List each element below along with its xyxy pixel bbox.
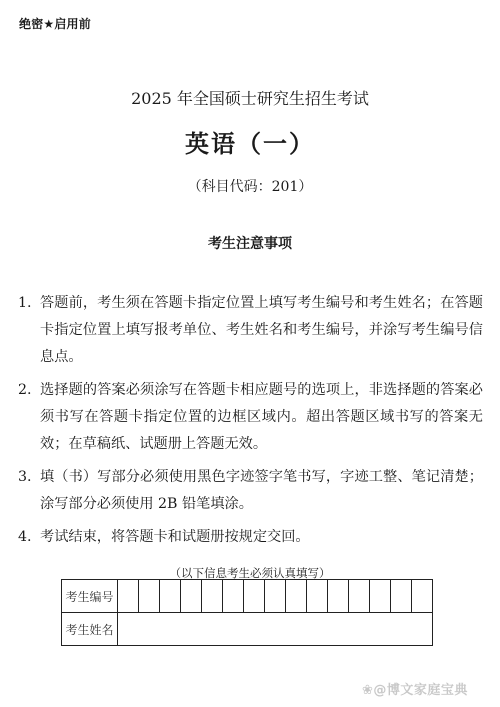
watermark: ❀@博文家庭宝典 xyxy=(362,679,468,698)
notice-item-number: 1. xyxy=(18,290,40,371)
subject-code: （科目代码：201） xyxy=(0,176,500,196)
notice-item-text: 答题前，考生须在答题卡指定位置上填写考生编号和考生姓名；在答题卡指定位置上填写报… xyxy=(40,290,483,371)
candidate-name-field[interactable] xyxy=(118,613,433,646)
candidate-number-cell[interactable] xyxy=(244,580,265,613)
candidate-number-label: 考生编号 xyxy=(62,580,118,613)
notice-item-text: 填（书）写部分必须使用黑色字迹签字笔书写，字迹工整、笔记清楚；涂写部分必须使用 … xyxy=(40,464,483,518)
candidate-number-cell[interactable] xyxy=(391,580,412,613)
candidate-number-cell[interactable] xyxy=(160,580,181,613)
candidate-number-cell[interactable] xyxy=(412,580,433,613)
notice-list: 1. 答题前，考生须在答题卡指定位置上填写考生编号和考生姓名；在答题卡指定位置上… xyxy=(18,290,483,557)
notice-item-number: 2. xyxy=(18,377,40,458)
candidate-number-cell[interactable] xyxy=(202,580,223,613)
notice-item-text: 选择题的答案必须涂写在答题卡相应题号的选项上，非选择题的答案必须书写在答题卡指定… xyxy=(40,377,483,458)
exam-title: 2025 年全国硕士研究生招生考试 xyxy=(0,86,500,109)
candidate-number-cell[interactable] xyxy=(223,580,244,613)
candidate-info-table: 考生编号 考生姓名 xyxy=(61,579,433,646)
candidate-number-cell[interactable] xyxy=(349,580,370,613)
candidate-name-row: 考生姓名 xyxy=(62,613,433,646)
confidentiality-label: 绝密★启用前 xyxy=(19,15,91,32)
notice-item: 3. 填（书）写部分必须使用黑色字迹签字笔书写，字迹工整、笔记清楚；涂写部分必须… xyxy=(18,464,483,518)
candidate-number-cell[interactable] xyxy=(370,580,391,613)
candidate-number-cell[interactable] xyxy=(328,580,349,613)
notice-heading: 考生注意事项 xyxy=(0,233,500,253)
candidate-number-cell[interactable] xyxy=(139,580,160,613)
candidate-number-cell[interactable] xyxy=(265,580,286,613)
notice-item-text: 考试结束，将答题卡和试题册按规定交回。 xyxy=(40,524,483,551)
notice-item: 2. 选择题的答案必须涂写在答题卡相应题号的选项上，非选择题的答案必须书写在答题… xyxy=(18,377,483,458)
candidate-number-cell[interactable] xyxy=(286,580,307,613)
candidate-number-cell[interactable] xyxy=(181,580,202,613)
subject-title: 英语（一） xyxy=(0,124,500,159)
candidate-number-cell[interactable] xyxy=(307,580,328,613)
candidate-number-cell[interactable] xyxy=(118,580,139,613)
notice-item-number: 4. xyxy=(18,524,40,551)
candidate-number-row: 考生编号 xyxy=(62,580,433,613)
notice-item: 1. 答题前，考生须在答题卡指定位置上填写考生编号和考生姓名；在答题卡指定位置上… xyxy=(18,290,483,371)
notice-item: 4. 考试结束，将答题卡和试题册按规定交回。 xyxy=(18,524,483,551)
notice-item-number: 3. xyxy=(18,464,40,518)
candidate-name-label: 考生姓名 xyxy=(62,613,118,646)
